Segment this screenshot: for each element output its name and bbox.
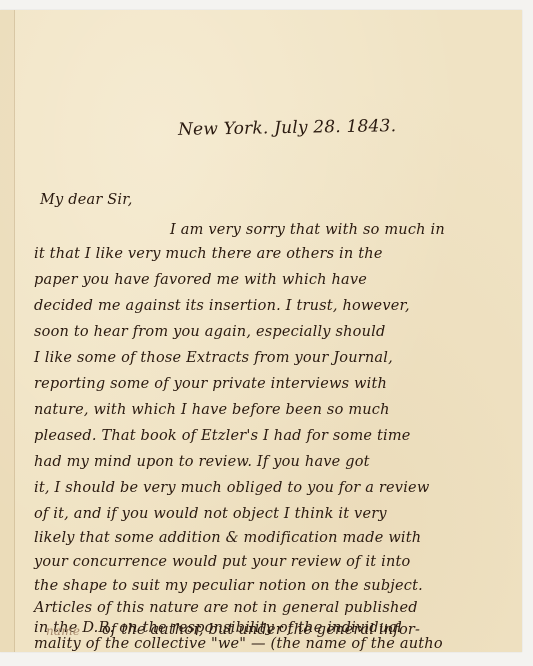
- letter-line: your concurrence would put your review o…: [34, 554, 410, 570]
- letter-dateline: New York. July 28. 1843.: [178, 116, 397, 140]
- letter-line: I am very sorry that with so much in: [170, 222, 445, 238]
- page-fold-edge: [0, 10, 14, 652]
- letter-line: of it, and if you would not object I thi…: [34, 506, 387, 522]
- letter-line: Articles of this nature are not in gener…: [34, 600, 418, 616]
- letter-line: it that I like very much there are other…: [34, 246, 383, 262]
- letter-line: likely that some addition & modification…: [34, 530, 421, 546]
- letter-line: I like some of those Extracts from your …: [34, 350, 393, 366]
- letter-line: it, I should be very much obliged to you…: [34, 480, 429, 496]
- letter-line: nature, with which I have before been so…: [34, 402, 390, 418]
- letter-line: reporting some of your private interview…: [34, 376, 387, 392]
- letter-line: paper you have favored me with which hav…: [34, 272, 367, 288]
- letter-line: the shape to suit my peculiar notion on …: [34, 578, 423, 594]
- page-fold-line: [14, 10, 15, 652]
- letter-line: soon to hear from you again, especially …: [34, 324, 385, 340]
- letter-line: pleased. That book of Etzler's I had for…: [34, 428, 411, 444]
- letter-line: decided me against its insertion. I trus…: [34, 298, 410, 314]
- letter-salutation: My dear Sir,: [40, 192, 133, 208]
- letter-line: had my mind upon to review. If you have …: [34, 454, 370, 470]
- letter-line: mality of the collective "we" — (the nam…: [34, 636, 443, 652]
